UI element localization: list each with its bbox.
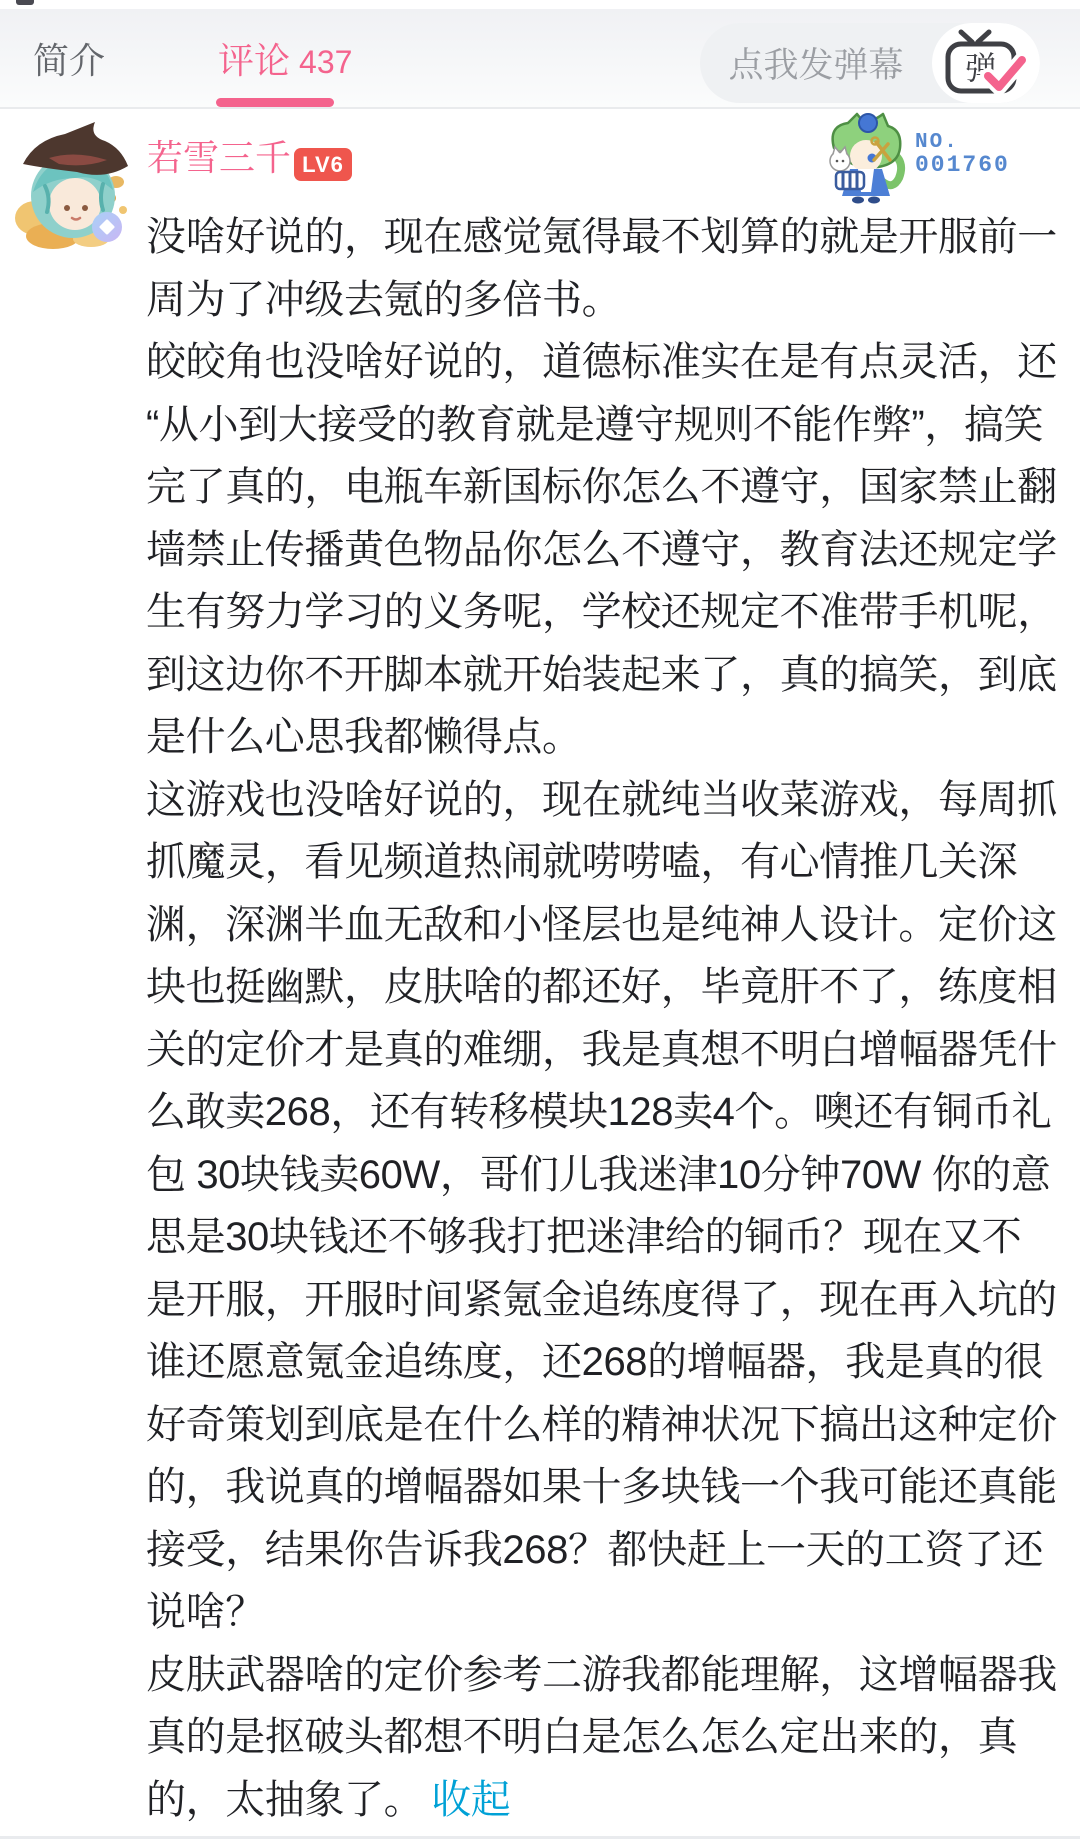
tab-bar: 简介 评论 437 点我发弹幕 弹 xyxy=(0,9,1080,107)
status-bar-remnant xyxy=(16,0,34,5)
comment-line: 皎皎角也没啥好说的，道德标准实在是有点灵活，还 xyxy=(146,331,1076,394)
danmaku-bar: 点我发弹幕 弹 xyxy=(700,23,1040,103)
collapse-link[interactable]: 收起 xyxy=(431,1778,510,1822)
comment-line: 渊，深渊半血无敌和小怪层也是纯神人设计。定价这 xyxy=(146,894,1076,957)
comment-line: 好奇策划到底是在什么样的精神状况下搞出这种定价 xyxy=(146,1394,1076,1457)
comment-line: 抓魔灵，看见频道热闹就唠唠嗑，有心情推几关深 xyxy=(146,831,1076,894)
tab-comments-label: 评论 xyxy=(218,39,290,83)
green-haired-chibi-mascot xyxy=(820,112,912,204)
comment-line: 思是30块钱还不够我打把迷津给的铜币？现在又不 xyxy=(146,1206,1076,1269)
mouth xyxy=(72,218,80,220)
blue-ornament xyxy=(859,114,877,132)
comment-line: 这游戏也没啥好说的，现在就纯当收菜游戏，每周抓 xyxy=(146,769,1076,832)
comment-line: 真的是抠破头都想不明白是怎么怎么定出来的，真 xyxy=(146,1706,1076,1769)
medal-number: 001760 xyxy=(915,152,1010,178)
comment-line: 的，太抽象了。 xyxy=(146,1778,423,1822)
danmaku-tv-icon: 弹 xyxy=(942,29,1030,97)
comment-line: 周为了冲级去氪的多倍书。 xyxy=(146,269,1076,332)
comment-line: 谁还愿意氪金追练度，还268的增幅器，我是真的很 xyxy=(146,1331,1076,1394)
cat-eye xyxy=(836,160,839,163)
danmaku-toggle-button[interactable]: 弹 xyxy=(932,23,1040,103)
comment-line: 皮肤武器啥的定价参考二游我都能理解，这增幅器我 xyxy=(146,1644,1076,1707)
medal-no-label: NO. xyxy=(915,131,959,154)
comment-line: 接受，结果你告诉我268？都快赶上一天的工资了还 xyxy=(146,1519,1076,1582)
eye xyxy=(82,205,88,211)
shoe xyxy=(868,197,880,204)
comment-line: 完了真的，电瓶车新国标你怎么不遵守，国家禁止翻 xyxy=(146,456,1076,519)
tab-comments[interactable]: 评论 437 xyxy=(218,39,352,83)
comment-line: 关的定价才是真的难绷，我是真想不明白增幅器凭什 xyxy=(146,1019,1076,1082)
section-divider xyxy=(0,1836,1080,1839)
comment-line: 是什么心思我都懒得点。 xyxy=(146,706,1076,769)
comment-body: 没啥好说的，现在感觉氪得最不划算的就是开服前一 周为了冲级去氪的多倍书。 皎皎角… xyxy=(146,206,1076,1831)
gold-crumb xyxy=(119,206,127,214)
antenna-left xyxy=(961,32,972,42)
comment-line: 说啥？ xyxy=(146,1581,1076,1644)
comment-line: 是开服，开服时间紧氪金追练度得了，现在再入坑的 xyxy=(146,1269,1076,1332)
active-tab-underline xyxy=(216,98,334,107)
danmaku-input[interactable]: 点我发弹幕 xyxy=(700,23,932,103)
username[interactable]: 若雪三千 xyxy=(147,136,291,180)
comment-line: 块也挺幽默，皮肤啥的都还好，毕竟肝不了，练度相 xyxy=(146,956,1076,1019)
tab-intro[interactable]: 简介 xyxy=(33,39,105,83)
user-avatar[interactable] xyxy=(15,120,135,255)
comment-line: 么敢卖268，还有转移模块128卖4个。噢还有铜币礼 xyxy=(146,1081,1076,1144)
cat-eye xyxy=(842,160,845,163)
witch-hat xyxy=(23,122,128,175)
user-level-badge: LV6 xyxy=(294,148,352,181)
comment-line: 到这边你不开脚本就开始装起来了，真的搞笑，到底 xyxy=(146,644,1076,707)
tab-bar-divider xyxy=(0,107,1080,109)
antenna-right xyxy=(978,32,989,42)
comment-line: 包 30块钱卖60W，哥们儿我迷津10分钟70W 你的意 xyxy=(146,1144,1076,1207)
comment-line: “从小到大接受的教育就是遵守规则不能作弊”，搞笑 xyxy=(146,394,1076,457)
comment-line: 生有努力学习的义务呢，学校还规定不准带手机呢， xyxy=(146,581,1076,644)
comment-count-badge: 437 xyxy=(299,40,352,84)
comment-last-line: 的，太抽象了。收起 xyxy=(146,1769,1076,1832)
comment-line: 没啥好说的，现在感觉氪得最不划算的就是开服前一 xyxy=(146,206,1076,269)
comment-page: 简介 评论 437 点我发弹幕 弹 xyxy=(0,0,1080,1847)
eye xyxy=(64,205,70,211)
comment-line: 的，我说真的增幅器如果十多块钱一个我可能还真能 xyxy=(146,1456,1076,1519)
comment-line: 墙禁止传播黄色物品你怎么不遵守，教育法还规定学 xyxy=(146,519,1076,582)
shoe xyxy=(852,197,864,204)
